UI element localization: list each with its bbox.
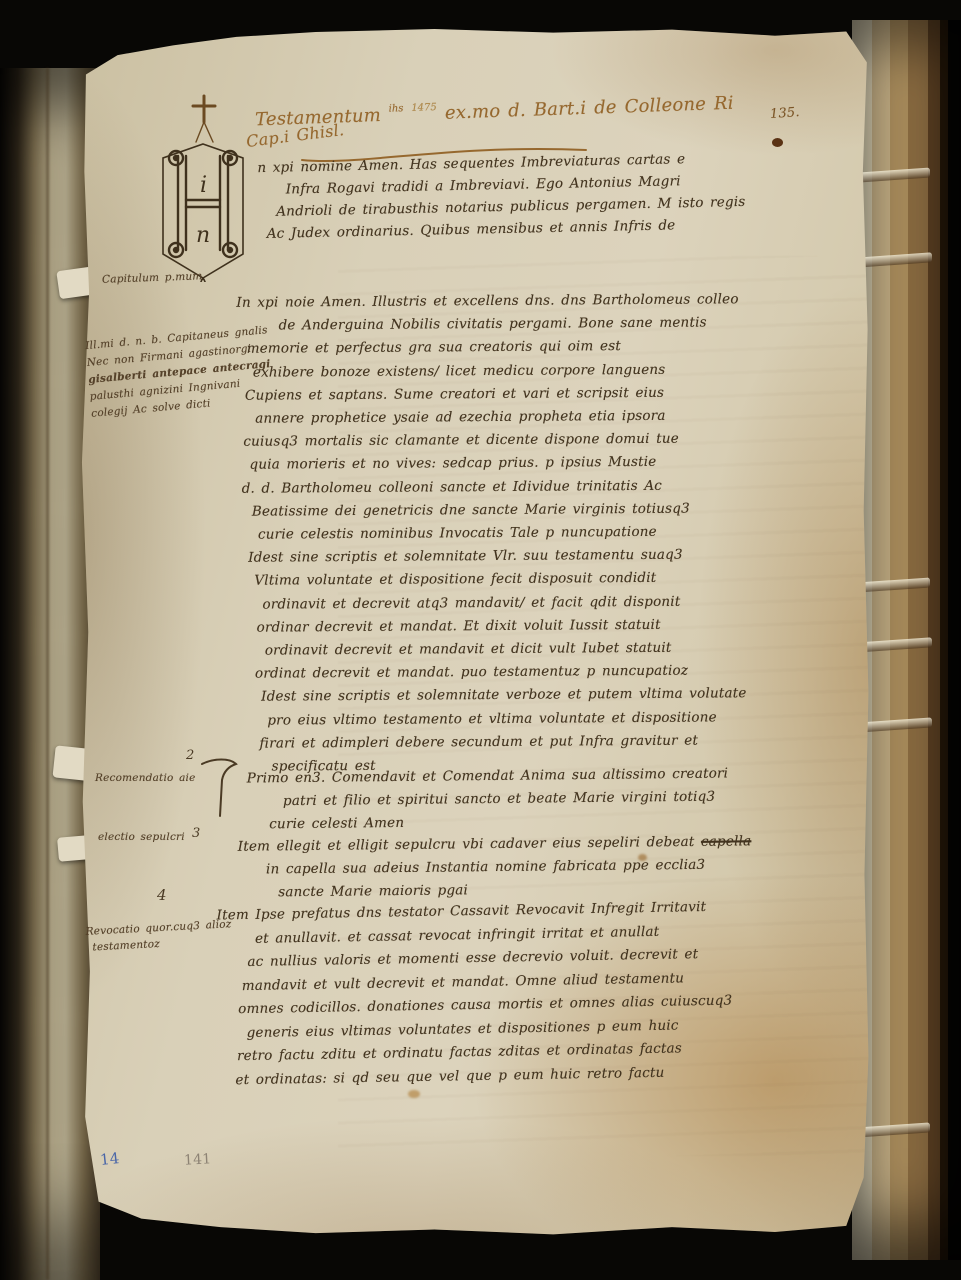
manuscript-line: pro eius vltimo testamento et vltima vol… [267, 706, 747, 733]
manuscript-line: cuiusq3 mortalis sic clamante et dicente… [243, 427, 745, 454]
book-page-stack-right [852, 20, 961, 1260]
section4-paragraph: Item Ipse prefatus dns testator Cassavit… [216, 896, 733, 1093]
manuscript-line: Vltima voluntate et dispositione fecit d… [254, 567, 746, 594]
section-number: 4 [157, 886, 167, 904]
manuscript-line: Idest sine scriptis et solemnitate Vlr. … [248, 543, 746, 570]
page-edge-ridge [858, 717, 932, 732]
manuscript-line: In xpi noie Amen. Illustris et excellens… [236, 288, 744, 315]
manuscript-line: Beatissime dei genetricis dne sancte Mar… [252, 497, 746, 524]
manuscript-line: curie celestis nominibus Invocatis Tale … [258, 520, 746, 547]
margin-note-commendatio: Recomendatio aie [95, 772, 196, 784]
cross-icon [186, 92, 222, 144]
manuscript-line: ordinavit decrevit et mandavit et dicit … [265, 636, 747, 663]
initial-letter-n: n [196, 223, 210, 248]
manuscript-line: Idest sine scriptis et solemnitate verbo… [261, 683, 747, 710]
header-ihs-monogram: ihs [388, 103, 403, 115]
initial-In-monogram: i n [148, 142, 258, 282]
manuscript-line: ordinat decrevit et mandat. puo testamen… [255, 659, 747, 686]
manuscript-line: ordinavit et decrevit atq3 mandavit/ et … [262, 590, 746, 617]
line-text: Item ellegit et elligit sepulcru vbi cad… [238, 834, 701, 855]
manuscript-line: Cupiens et saptans. Sume creatori et var… [245, 381, 745, 408]
foliation-pencil-number: 141 [184, 1151, 212, 1168]
manuscript-line: annere prophetice ysaie ad ezechia proph… [255, 404, 745, 431]
header-year: 1475 [411, 102, 437, 114]
section-number: 2 [186, 748, 194, 763]
manuscript-line: quia morieris et no vives: sedcap prius.… [249, 451, 745, 478]
stain-spot [408, 1090, 420, 1098]
opening-paragraph: n xpi nomine Amen. Has sequentes Imbrevi… [257, 147, 746, 245]
ink-blot [772, 138, 783, 147]
page-edge-ridge [860, 168, 930, 183]
manuscript-line: ordinar decrevit et mandat. Et dixit vol… [257, 613, 747, 640]
book-gutter-left-page-edge [0, 68, 100, 1280]
manuscript-line: firari et adimpleri debere secundum et p… [259, 729, 747, 756]
manuscript-photo: Testamentum ihs 1475 ex.mo d. Bart.i de … [0, 0, 961, 1280]
initial-letter-i: i [200, 173, 207, 198]
section2-paragraph: Primo en3. Comendavit et Comendat Anima … [247, 762, 729, 836]
section3-paragraph: Item ellegit et elligit sepulcru vbi cad… [238, 830, 752, 904]
page-edge-ridge [856, 1122, 930, 1137]
folio-number: 135. [770, 105, 801, 122]
foliation-blue-number: 14 [99, 1149, 120, 1169]
manuscript-line: de Anderguina Nobilis civitatis pergami.… [278, 311, 744, 337]
section-number: 3 [192, 826, 200, 841]
manuscript-line: memorie et perfectus gra sua creatoris q… [247, 335, 745, 362]
struck-word: capella [701, 833, 751, 850]
page-edge-ridge [856, 252, 932, 267]
margin-note-sepulcri: electio sepulcri [98, 831, 185, 843]
manuscript-line: exhibere bonoze existens/ licet medicu c… [253, 358, 745, 385]
body-paragraph: In xpi noie Amen. Illustris et excellens… [236, 288, 747, 779]
manuscript-line: patri et filio et spiritui sancto et bea… [283, 785, 729, 813]
page-edge-ridge [858, 577, 930, 592]
paragraph-flourish [200, 756, 240, 820]
manuscript-line: d. d. Bartholomeu colleoni sancte et Idi… [242, 474, 746, 501]
